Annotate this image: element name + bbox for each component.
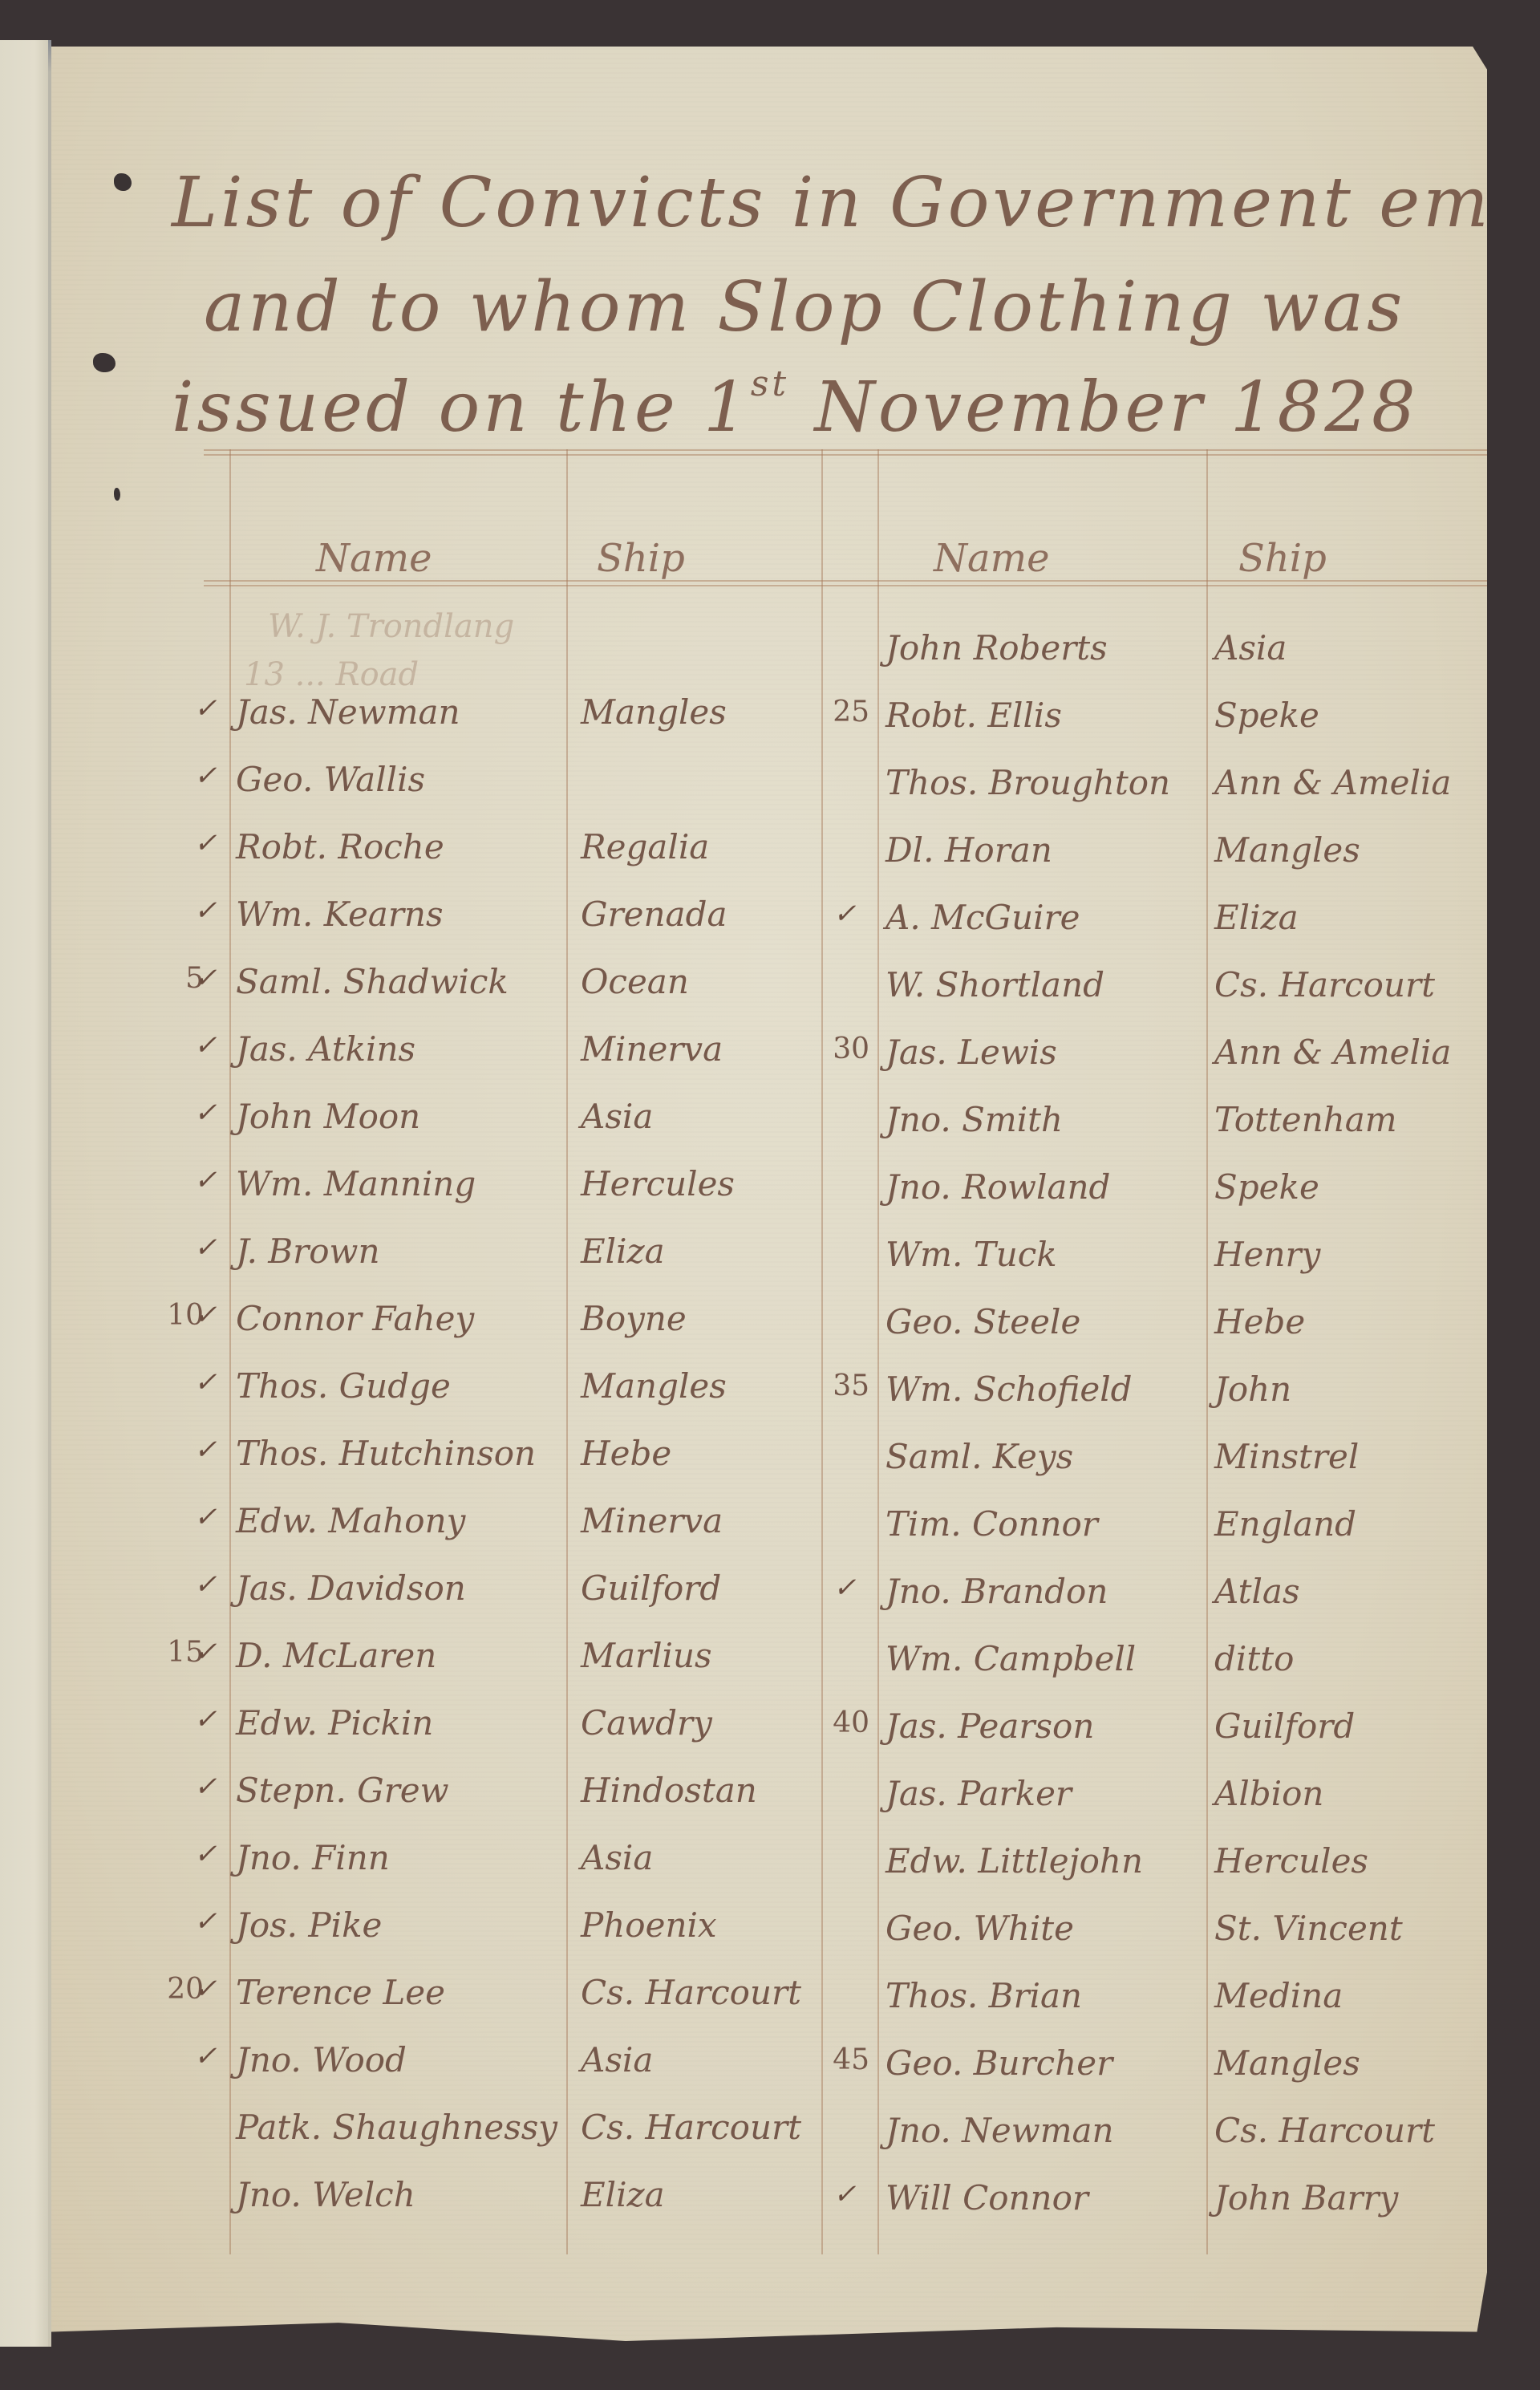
convict-name: Jas. Pearson [885,1706,1094,1746]
convict-name: Geo. Burcher [885,2043,1112,2083]
table-row: Geo. SteeleHebe [51,1302,1487,1350]
table-row: 25Robt. EllisSpeke [51,696,1487,744]
ship-name: Speke [1214,696,1319,735]
table-row: Jno. NewmanCs. Harcourt [51,2111,1487,2159]
row-number: 45 [821,2043,869,2076]
header-ship-right: Ship [1238,536,1327,581]
row-number: 35 [821,1369,869,1402]
table-row: ✓Jno. BrandonAtlas [51,1572,1487,1620]
convict-name: A. McGuire [885,898,1080,937]
table-row: Thos. BroughtonAnn & Amelia [51,763,1487,811]
table-row: ✓Will ConnorJohn Barry [51,2178,1487,2226]
binding-hole [93,353,115,372]
ship-name: Guilford [1214,1706,1355,1746]
table-row: 30Jas. LewisAnn & Amelia [51,1033,1487,1081]
ship-name: Cs. Harcourt [1214,965,1435,1004]
ship-name: Cs. Harcourt [1214,2111,1435,2150]
table-row: Jas. ParkerAlbion [51,1774,1487,1822]
ship-name: Minstrel [1214,1437,1359,1476]
scan-stage: List of Convicts in Government employ an… [0,0,1540,2390]
table-row: 45Geo. BurcherMangles [51,2043,1487,2092]
header-name-right: Name [934,536,1050,581]
convict-name: Jno. Smith [885,1100,1063,1139]
ship-name: Eliza [1214,898,1299,937]
title-issued-text: issued on the 1 [172,367,751,448]
convict-name: Jno. Newman [885,2111,1114,2150]
row-number: 40 [821,1706,869,1739]
table-row: 35Wm. SchofieldJohn [51,1369,1487,1418]
binding-hole [114,488,120,501]
convict-name: Jas. Lewis [885,1033,1057,1072]
ship-name: England [1214,1504,1356,1544]
table-row: Wm. Campbellditto [51,1639,1487,1687]
ship-name: Mangles [1214,830,1360,870]
ship-name: Atlas [1214,1572,1300,1611]
ruled-line-header-bottom-2 [204,585,1535,586]
convict-name: Saml. Keys [885,1437,1073,1476]
convict-name: Edw. Littlejohn [885,1841,1143,1881]
convict-name: Geo. White [885,1909,1074,1948]
header-ship-left: Ship [597,536,685,581]
convict-name: Wm. Tuck [885,1235,1057,1274]
manuscript-page: List of Convicts in Government employ an… [51,47,1487,2341]
convict-name: Jno. Rowland [885,1167,1110,1207]
ruled-line-top-2 [204,454,1535,456]
ship-name: Ann & Amelia [1214,1033,1451,1072]
check-mark-icon: ✓ [833,1572,857,1604]
convict-name: Thos. Broughton [885,763,1170,802]
page-gutter [48,40,51,2347]
ship-name: John [1214,1369,1291,1409]
ship-name: John Barry [1214,2178,1398,2218]
ruled-line-top [204,449,1535,451]
convict-name: Will Connor [885,2178,1088,2218]
ship-name: Henry [1214,1235,1320,1274]
table-row: Thos. BrianMedina [51,1976,1487,2024]
ship-name: Asia [1214,628,1287,667]
table-row: Jno. SmithTottenham [51,1100,1487,1148]
title-date-superscript: st [751,363,789,404]
row-number: 30 [821,1033,869,1065]
binding-hole [114,173,132,191]
convict-name: Thos. Brian [885,1976,1082,2015]
ship-name: Speke [1214,1167,1319,1207]
table-row: W. ShortlandCs. Harcourt [51,965,1487,1013]
table-row: Wm. TuckHenry [51,1235,1487,1283]
ship-name: Albion [1214,1774,1323,1813]
table-row: ✓A. McGuireEliza [51,898,1487,946]
table-row: Jno. RowlandSpeke [51,1167,1487,1215]
title-line-1: List of Convicts in Government employ [172,163,1540,243]
ship-name: St. Vincent [1214,1909,1403,1948]
ship-name: Hercules [1214,1841,1368,1881]
convict-name: Jas. Parker [885,1774,1072,1813]
title-line-3: issued on the 1st November 1828 [172,367,1419,448]
title-line-2: and to whom Slop Clothing was [204,267,1405,347]
convict-name: Wm. Campbell [885,1639,1136,1678]
ship-name: Hebe [1214,1302,1305,1341]
convict-name: Jno. Brandon [885,1572,1108,1611]
convict-name: Dl. Horan [885,830,1052,870]
table-row: Dl. HoranMangles [51,830,1487,878]
convict-name: Tim. Connor [885,1504,1098,1544]
row-number: 25 [821,696,869,728]
title-date: November 1828 [814,367,1418,448]
header-name-left: Name [316,536,432,581]
table-row: Geo. WhiteSt. Vincent [51,1909,1487,1957]
table-row: John RobertsAsia [51,628,1487,676]
check-mark-icon: ✓ [833,2178,857,2210]
table-row: Tim. ConnorEngland [51,1504,1487,1552]
convict-name: John Roberts [885,628,1108,667]
ship-name: Tottenham [1214,1100,1397,1139]
ship-name: Ann & Amelia [1214,763,1451,802]
table-row: Edw. LittlejohnHercules [51,1841,1487,1889]
ship-name: Mangles [1214,2043,1360,2083]
ship-name: Medina [1214,1976,1343,2015]
adjacent-page-strip [0,40,50,2347]
ship-name: ditto [1214,1639,1294,1678]
convict-name: Geo. Steele [885,1302,1080,1341]
convict-name: W. Shortland [885,965,1104,1004]
table-row: 40Jas. PearsonGuilford [51,1706,1487,1755]
table-row: Saml. KeysMinstrel [51,1437,1487,1485]
check-mark-icon: ✓ [833,898,857,930]
convict-name: Wm. Schofield [885,1369,1133,1409]
convict-name: Robt. Ellis [885,696,1062,735]
